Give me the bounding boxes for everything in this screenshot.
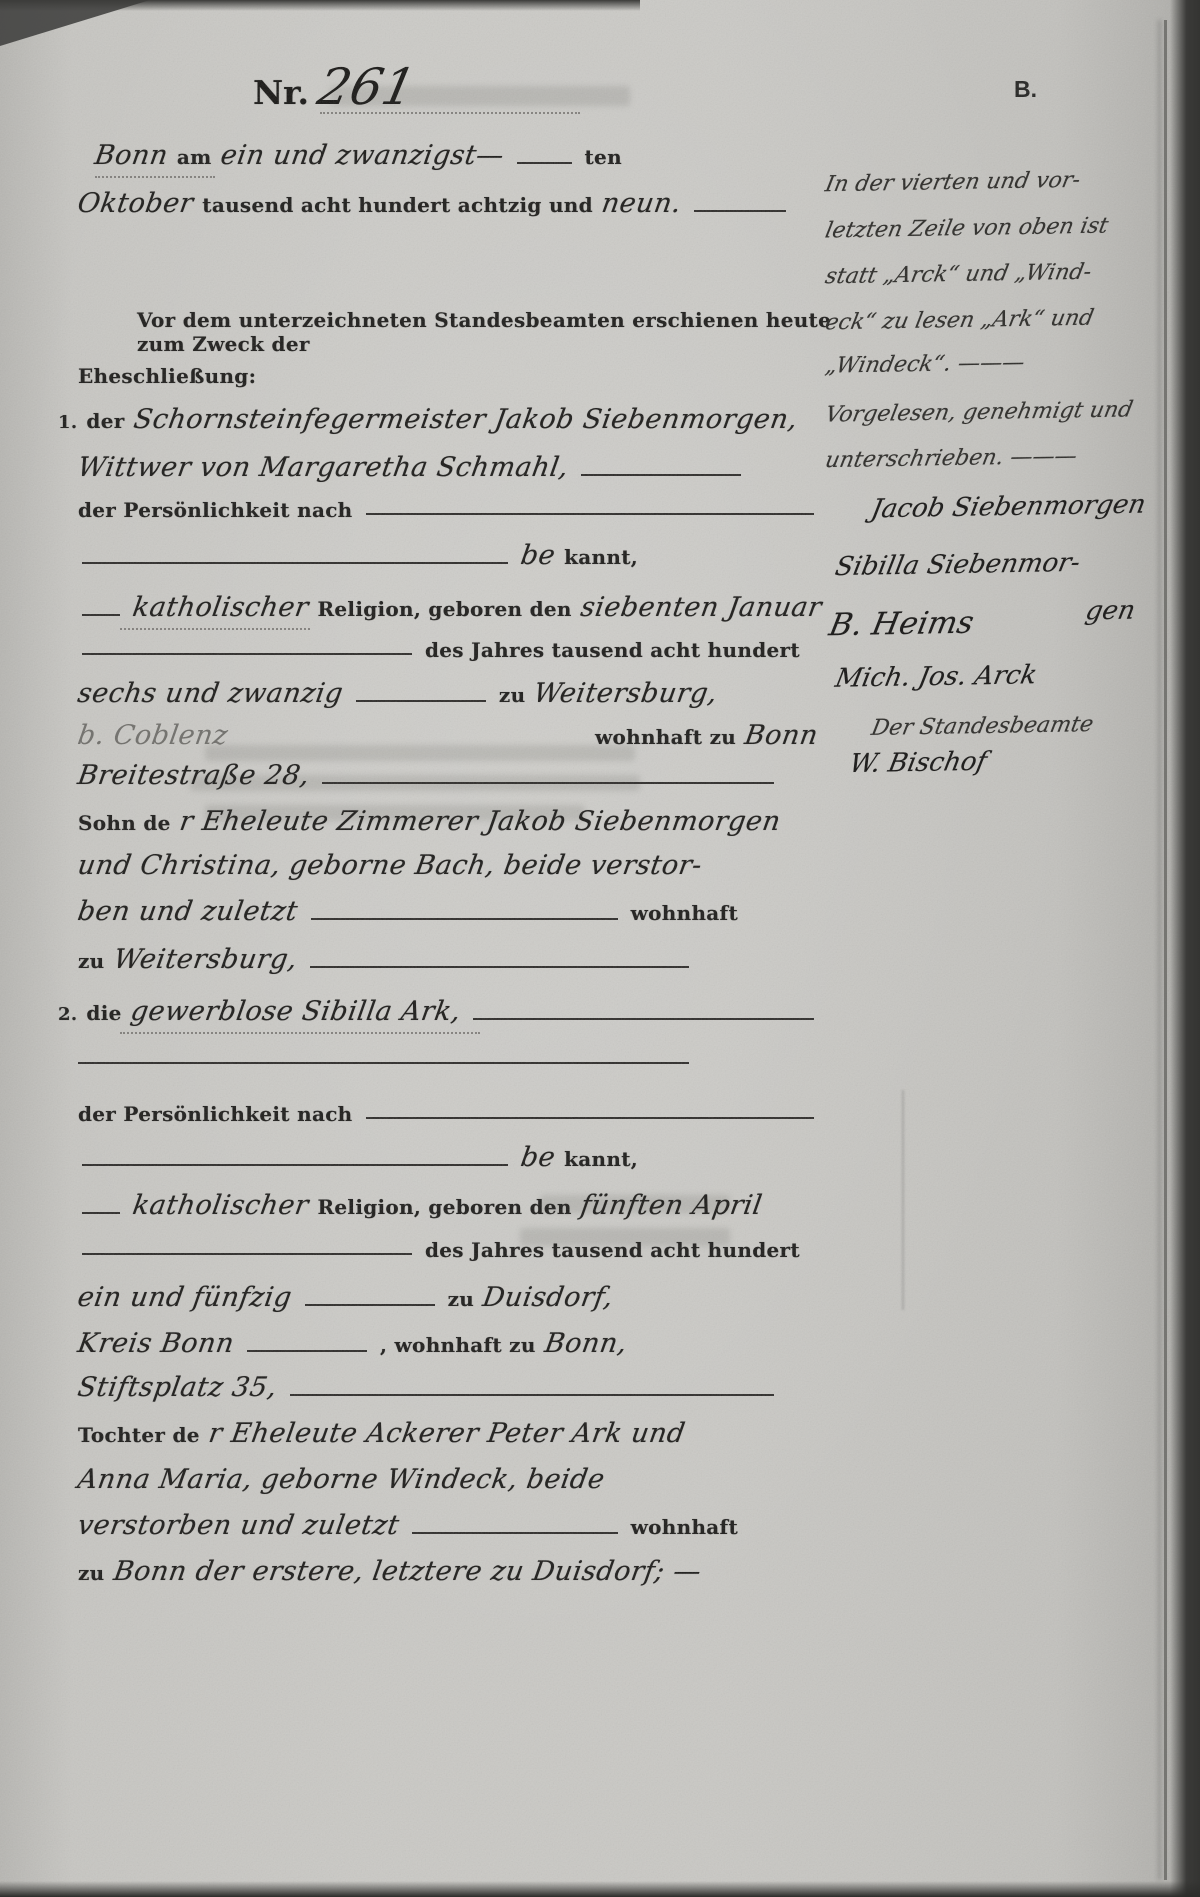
zu-label: zu [499,683,526,707]
dotted-baseline [95,176,215,178]
groom-widower-text: Wittwer von Margaretha Schmahl, [76,452,571,483]
kannt-label: kannt, [564,545,638,569]
son-label: Sohn de [78,811,171,835]
groom-bekannt-line: be kannt, [78,540,638,571]
bride-yearlabel-line: des Jahres tausend acht hundert [78,1238,818,1262]
signature-text: W. Bischof [847,747,989,779]
groom-be-word: be [518,540,557,571]
bride-birth-region: Kreis Bonn [76,1328,237,1359]
bride-name-line: 2. die gewerblose Sibilla Ark, [58,996,818,1027]
blank-rule [366,1117,814,1119]
signature-bride: Sibilla Siebenmor- [836,550,1170,580]
intro-heading-line: Eheschließung: [78,364,818,388]
margin-note-line: letzten Zeile von oben ist [826,216,1160,241]
bride-parents-line: Tochter de r Eheleute Ackerer Peter Ark … [78,1418,818,1449]
registrar-title: Der Standesbeamte [872,714,1200,739]
groom-residence-line: b. Coblenz wohnhaft zu Bonn [78,720,818,751]
bride-religion: katholischer [131,1190,311,1221]
bride-bekannt-line: be kannt, [78,1142,638,1173]
blank-rule [356,700,486,702]
blank-rule [366,513,814,515]
scan-edge-top [0,0,640,11]
signature-text: Jacob Siebenmorgen [869,490,1149,525]
religion-label: Religion, geboren den [317,597,571,621]
groom-religion: katholischer [131,592,311,623]
groom-lastresidence-text: ben und zuletzt [76,896,300,927]
marriage-heading: Eheschließung: [78,364,256,388]
kannt-label: kannt, [564,1147,638,1171]
margin-note-text: „Windeck“. ——— [823,350,1027,378]
blank-rule [82,562,508,564]
religion-label: Religion, geboren den [317,1195,571,1219]
resident-label: , wohnhaft zu [380,1333,536,1357]
record-number-block: Nr. 261 [253,58,414,116]
wohnhaft-label: wohnhaft [631,901,738,925]
groom-index: 1. [58,412,77,433]
margin-note-line: eck“ zu lesen „Ark“ und [826,308,1160,333]
dotted-baseline [120,628,310,630]
blank-rule [82,1164,508,1166]
registrar-signature: W. Bischof [850,748,1184,778]
zu-label: zu [78,1561,105,1585]
groom-religion-line: katholischer Religion, geboren den siebe… [78,592,818,623]
margin-note-line: statt „Arck“ und „Wind- [826,262,1160,287]
bride-index: 2. [58,1004,77,1025]
record-number-label: Nr. [253,73,309,112]
dateline-am-label: am [177,145,212,169]
document-scan: Nr. 261 B. Bonn am ein und zwanzigst— te… [0,0,1200,1897]
margin-note-line: unterschrieben. ——— [826,446,1160,471]
intro-line: Vor dem unterzeichneten Standesbeamten e… [137,308,837,356]
page-letter: B. [1014,76,1037,103]
blank-rule [78,1062,689,1064]
bride-occupation-name: gewerblose Sibilla Ark, [128,996,463,1027]
record-number-value: 261 [313,58,421,116]
bride-lastresidence-line: verstorben und zuletzt wohnhaft [78,1510,738,1541]
dateline-month-year: Oktober tausend acht hundert achtzig und… [78,188,790,219]
signature-text: B. Heims [826,605,977,643]
blank-rule [82,1253,412,1255]
bride-street-line: Stiftsplatz 35, [78,1372,778,1403]
dotted-baseline [120,1032,480,1034]
bride-birth-day: fünften April [578,1190,764,1221]
scan-edge-right [1170,0,1200,1897]
signature-groom: Jacob Siebenmorgen [872,492,1200,522]
groom-widower-line: Wittwer von Margaretha Schmahl, [78,452,818,483]
margin-note-text: Vorgelesen, genehmigt und [823,397,1135,427]
bride-be-word: be [518,1142,557,1173]
blank-rule [412,1532,618,1534]
daughter-label: Tochter de [78,1423,200,1447]
blank-rule [290,1394,774,1396]
groom-occupation-name: Schornsteinfegermeister Jakob Siebenmorg… [131,404,799,435]
margin-note-text: In der vierten und vor- [823,168,1082,197]
signature-witness-1: B. Heims [830,606,1164,642]
dateline-day-words: ein und zwanzigst— [218,140,506,171]
groom-street: Breitestraße 28, [76,760,312,791]
paper-crease [902,1090,904,1310]
bride-birth-place: Duisdorf, [481,1282,616,1313]
bride-parents-text: r Eheleute Ackerer Peter Ark und [206,1418,687,1449]
identity-label: der Persönlichkeit nach [78,498,353,522]
bride-parents-place-line: zu Bonn der erstere, letztere zu Duisdor… [78,1556,818,1587]
dateline-ten-label: ten [585,145,622,169]
margin-note-line: Vorgelesen, genehmigt und [826,400,1160,425]
groom-mother-text: und Christina, geborne Bach, beide verst… [76,850,705,881]
blank-rule [247,1350,367,1352]
blank-rule [694,210,786,212]
blank-rule [322,782,774,784]
resident-label: wohnhaft zu [595,725,736,749]
groom-birth-year: sechs und zwanzig [76,678,346,709]
dateline-year-printed: tausend acht hundert achtzig und [202,193,593,217]
dateline-city: Bonn [93,140,171,171]
intro-text: Vor dem unterzeichneten Standesbeamten e… [137,308,837,356]
groom-identity-line: der Persönlichkeit nach [78,498,818,522]
page-edge-line [1164,20,1167,1880]
margin-note-line: „Windeck“. ——— [826,352,1160,377]
wohnhaft-label: wohnhaft [631,1515,738,1539]
zu-label: zu [448,1287,475,1311]
bride-mother-line: Anna Maria, geborne Windeck, beide [78,1464,818,1495]
bride-street: Stiftsplatz 35, [76,1372,280,1403]
bride-religion-line: katholischer Religion, geboren den fünft… [78,1190,818,1221]
margin-note-text: statt „Arck“ und „Wind- [823,260,1093,290]
blank-rule [82,614,120,616]
bride-lastresidence-text: verstorben und zuletzt [76,1510,402,1541]
bride-parents-place: Bonn der erstere, letztere zu Duisdorf; … [111,1556,703,1587]
blank-rule [517,162,572,164]
groom-birth-day: siebenten Januar [578,592,824,623]
groom-birth-place: Weitersburg, [532,678,720,709]
bride-residence: Bonn, [542,1328,629,1359]
blank-rule [311,918,618,920]
signature-text: Mich. Jos. Arck [833,660,1040,693]
groom-residence: Bonn [743,720,821,751]
groom-parents-place-line: zu Weitersburg, [78,944,693,975]
margin-note-text: letzten Zeile von oben ist [823,214,1110,244]
blank-rule [310,966,689,968]
groom-name-line: 1. der Schornsteinfegermeister Jakob Sie… [58,404,818,435]
groom-parents-text: r Eheleute Zimmerer Jakob Siebenmorgen [177,806,782,837]
blank-rule [581,474,741,476]
bride-birth-year: ein und fünfzig [76,1282,295,1313]
margin-note-text: unterschrieben. ——— [823,444,1079,473]
blank-rule [82,1212,120,1214]
groom-parents-line: Sohn de r Eheleute Zimmerer Jakob Sieben… [78,806,818,837]
groom-lastresidence-line: ben und zuletzt wohnhaft [78,896,738,927]
margin-note-line: In der vierten und vor- [826,170,1160,195]
bride-residence-line: Kreis Bonn , wohnhaft zu Bonn, [78,1328,758,1359]
blank-rule [473,1018,814,1020]
bride-birthyear-line: ein und fünfzig zu Duisdorf, [78,1282,818,1313]
year-label: des Jahres tausend acht hundert [425,1238,800,1262]
bride-article: die [86,1001,121,1025]
dateline-city-day: Bonn am ein und zwanzigst— ten [95,140,795,171]
groom-article: der [86,409,124,433]
year-label: des Jahres tausend acht hundert [425,638,800,662]
identity-label: der Persönlichkeit nach [78,1102,353,1126]
signature-witness-2: Mich. Jos. Arck [836,662,1170,692]
scan-edge-bottom [0,1881,1200,1897]
zu-label: zu [78,949,105,973]
groom-birthyear-line: sechs und zwanzig zu Weitersburg, [78,678,818,709]
groom-parents-place: Weitersburg, [111,944,299,975]
dateline-month: Oktober [76,188,196,219]
margin-note-text: eck“ zu lesen „Ark“ und [823,306,1096,336]
blank-rule [305,1304,435,1306]
scanned-registry-page: { "header": { "nr_label": "Nr.", "nr_val… [0,0,1200,1897]
groom-yearlabel-line: des Jahres tausend acht hundert [78,638,818,662]
groom-mother-line: und Christina, geborne Bach, beide verst… [78,850,818,881]
groom-birth-region: b. Coblenz [76,720,231,751]
signature-text: Sibilla Siebenmor- [833,548,1083,582]
bride-identity-line: der Persönlichkeit nach [78,1102,818,1126]
groom-street-line: Breitestraße 28, [78,760,778,791]
dotted-baseline [320,112,580,114]
dateline-year-word: neun. [599,188,683,219]
bride-blank-line [78,1062,693,1071]
registrar-title-text: Der Standesbeamte [869,712,1095,741]
blank-rule [82,653,412,655]
bride-mother-text: Anna Maria, geborne Windeck, beide [76,1464,607,1495]
